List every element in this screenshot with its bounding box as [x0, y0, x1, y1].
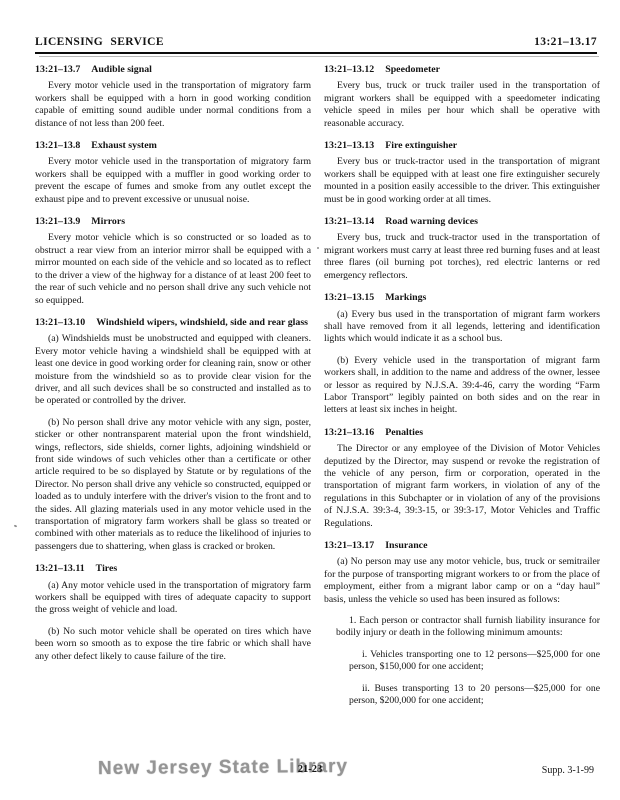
paragraph: 1. Each person or contractor shall furni… — [336, 615, 600, 640]
supplement-date: Supp. 3-1-99 — [542, 765, 594, 776]
section-heading: 13:21–13.14Road warning devices — [324, 216, 600, 228]
section-heading: 13:21–13.9Mirrors — [35, 216, 311, 228]
section-title: Penalties — [385, 427, 600, 439]
section-number: 13:21–13.15 — [324, 292, 374, 304]
section-heading: 13:21–13.12Speedometer — [324, 64, 600, 76]
left-column: 13:21–13.7Audible signalEvery motor vehi… — [35, 64, 311, 707]
section-number: 13:21–13.17 — [324, 540, 374, 552]
section: 13:21–13.11Tires(a) Any motor vehicle us… — [35, 563, 311, 663]
section-heading: 13:21–13.15Markings — [324, 292, 600, 304]
scan-artifact — [317, 247, 319, 249]
paragraph: (a) Every bus used in the transportation… — [324, 309, 600, 346]
section: 13:21–13.7Audible signalEvery motor vehi… — [35, 64, 311, 130]
paragraph: (a) Any motor vehicle used in the transp… — [35, 580, 311, 617]
paragraph: i. Vehicles transporting one to 12 perso… — [349, 649, 600, 674]
section-heading: 13:21–13.10Windshield wipers, windshield… — [35, 317, 311, 329]
page-header: LICENSING SERVICE 13:21–13.17 — [35, 36, 597, 54]
section: 13:21–13.14Road warning devicesEvery bus… — [324, 216, 600, 282]
paragraph: (b) Every vehicle used in the transporta… — [324, 355, 600, 417]
section-number: 13:21–13.8 — [35, 140, 80, 152]
paragraph: Every bus or truck-tractor used in the t… — [324, 156, 600, 206]
section: 13:21–13.15Markings(a) Every bus used in… — [324, 292, 600, 417]
paragraph: (b) No such motor vehicle shall be opera… — [35, 626, 311, 663]
section: 13:21–13.12SpeedometerEvery bus, truck o… — [324, 64, 600, 130]
section-number: 13:21–13.11 — [35, 563, 85, 575]
section-title: Audible signal — [91, 64, 311, 76]
right-column: 13:21–13.12SpeedometerEvery bus, truck o… — [324, 64, 600, 707]
section-title: Speedometer — [385, 64, 600, 76]
section-title: Mirrors — [91, 216, 311, 228]
paragraph: (a) Windshields must be unobstructed and… — [35, 333, 311, 407]
section: 13:21–13.8Exhaust systemEvery motor vehi… — [35, 140, 311, 206]
paragraph: Every motor vehicle which is so construc… — [35, 232, 311, 306]
section-heading: 13:21–13.13Fire extinguisher — [324, 140, 600, 152]
section-number: 13:21–13.9 — [35, 216, 80, 228]
section: 13:21–13.16PenaltiesThe Director or any … — [324, 427, 600, 530]
section-title: Road warning devices — [385, 216, 600, 228]
section-number: 13:21–13.7 — [35, 64, 80, 76]
header-section-range: 13:21–13.17 — [534, 36, 597, 48]
paragraph: The Director or any employee of the Divi… — [324, 443, 600, 530]
section-title: Exhaust system — [91, 140, 311, 152]
paragraph: Every bus, truck and truck-tractor used … — [324, 232, 600, 282]
page-number: 21-23 — [0, 764, 620, 775]
two-column-body: 13:21–13.7Audible signalEvery motor vehi… — [35, 64, 600, 707]
section-heading: 13:21–13.16Penalties — [324, 427, 600, 439]
section: 13:21–13.13Fire extinguisherEvery bus or… — [324, 140, 600, 206]
section-number: 13:21–13.10 — [35, 317, 85, 329]
section-number: 13:21–13.16 — [324, 427, 374, 439]
scan-artifact — [14, 524, 18, 527]
section-title: Fire extinguisher — [385, 140, 600, 152]
section-title: Insurance — [385, 540, 600, 552]
section: 13:21–13.9MirrorsEvery motor vehicle whi… — [35, 216, 311, 307]
section-title: Tires — [96, 563, 311, 575]
header-running-title: LICENSING SERVICE — [35, 36, 164, 48]
section: 13:21–13.10Windshield wipers, windshield… — [35, 317, 311, 553]
paragraph: Every bus, truck or truck trailer used i… — [324, 80, 600, 130]
paragraph: ii. Buses transporting 13 to 20 persons—… — [349, 683, 600, 708]
section-heading: 13:21–13.8Exhaust system — [35, 140, 311, 152]
section-heading: 13:21–13.17Insurance — [324, 540, 600, 552]
section-heading: 13:21–13.11Tires — [35, 563, 311, 575]
section-heading: 13:21–13.7Audible signal — [35, 64, 311, 76]
section-number: 13:21–13.13 — [324, 140, 374, 152]
paragraph: Every motor vehicle used in the transpor… — [35, 156, 311, 206]
section-number: 13:21–13.12 — [324, 64, 374, 76]
paragraph: Every motor vehicle used in the transpor… — [35, 80, 311, 130]
section-title: Markings — [385, 292, 600, 304]
section: 13:21–13.17Insurance(a) No person may us… — [324, 540, 600, 707]
section-title: Windshield wipers, windshield, side and … — [96, 317, 311, 329]
section-number: 13:21–13.14 — [324, 216, 374, 228]
paragraph: (a) No person may use any motor vehicle,… — [324, 556, 600, 606]
paragraph: (b) No person shall drive any motor vehi… — [35, 417, 311, 553]
